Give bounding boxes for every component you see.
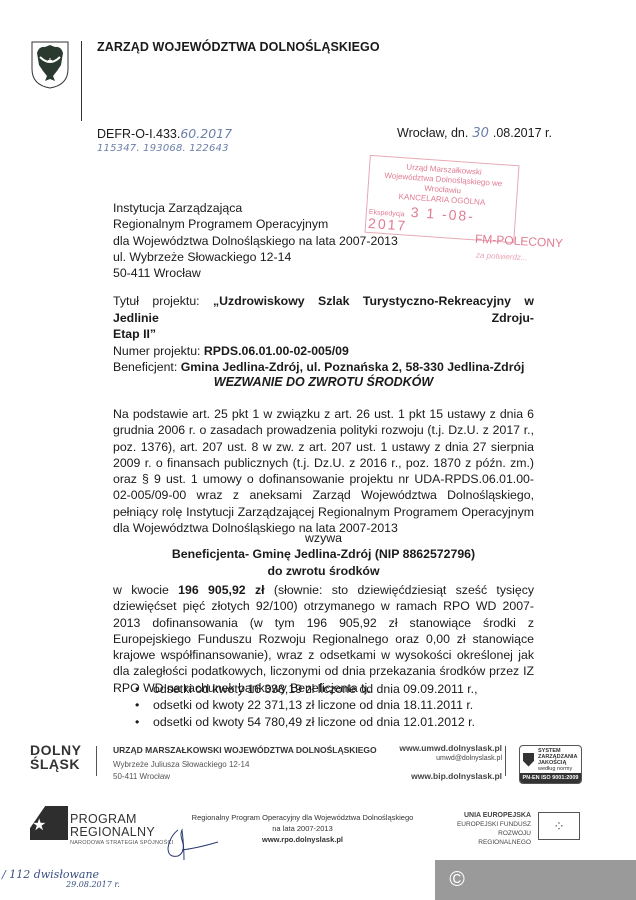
website-link[interactable]: www.umwd.dolnyslask.pl <box>392 743 502 753</box>
eu-fund: EUROPEJSKI FUNDUSZ <box>455 820 531 829</box>
email-link[interactable]: umwd@dolnyslask.pl <box>392 755 502 762</box>
footer-office-name: URZĄD MARSZAŁKOWSKI WOJEWÓDZTWA DOLNOŚLĄ… <box>113 745 377 755</box>
summons-verb: wzywa <box>113 530 534 546</box>
iso-text: ZARZĄDZANIA <box>538 754 577 760</box>
summons-block: wzywa Beneficjenta- Gminę Jedlina-Zdrój … <box>113 530 534 579</box>
project-number-row: Numer projektu: RPDS.06.01.00-02-005/09 <box>113 343 534 360</box>
eu-flag-icon: ⁘ <box>538 812 580 840</box>
address-line: Instytucja Zarządzająca <box>113 200 398 216</box>
reference-printed: DEFR-O-I.433. <box>97 127 180 141</box>
footer-divider <box>505 746 506 776</box>
address-line: dla Województwa Dolnośląskiego na lata 2… <box>113 233 398 249</box>
star-icon: ★ <box>32 815 46 835</box>
stamp-fm-polecony: FM-POLECONY <box>475 232 564 251</box>
eu-info: UNIA EUROPEJSKA EUROPEJSKI FUNDUSZ ROZWO… <box>455 811 531 847</box>
dolny-slask-logo: DOLNY ŚLĄSK <box>30 743 82 771</box>
watermark: © Walbrzyszek.com <box>435 860 636 900</box>
reference-handwritten: 60.2017 <box>180 126 232 141</box>
list-item: odsetki od kwoty 16 338,19 zł liczone od… <box>135 681 478 697</box>
recipient-address: Instytucja Zarządzająca Regionalnym Prog… <box>113 200 398 281</box>
iso-certification-badge: SYSTEM ZARZĄDZANIA JAKOŚCIĄ według normy… <box>519 745 582 784</box>
amount-value: 196 905,92 zł <box>178 583 264 597</box>
eu-fund: ROZWOJU REGIONALNEGO <box>455 829 531 847</box>
summons-purpose: do zwrotu środków <box>113 563 534 579</box>
date-rest: .08.2017 r. <box>493 126 552 140</box>
reference-number: DEFR-O-I.433.60.2017 <box>97 126 232 141</box>
silesian-eagle-crest-icon <box>31 41 69 89</box>
amount-prefix: w kwocie <box>113 583 178 597</box>
program-subtitle: NARODOWA STRATEGIA SPÓJNOŚCI <box>70 840 173 846</box>
list-item: odsetki od kwoty 54 780,49 zł liczone od… <box>135 714 478 730</box>
beneficiary-value: Gmina Jedlina-Zdrój, ul. Poznańska 2, 58… <box>181 360 525 374</box>
eagle-icon <box>523 753 534 767</box>
beneficiary-label: Beneficjent: <box>113 360 177 374</box>
eu-name: UNIA EUROPEJSKA <box>455 811 531 820</box>
footer-links: www.umwd.dolnyslask.pl umwd@dolnyslask.p… <box>392 743 502 781</box>
address-line: 50-411 Wrocław <box>113 265 398 281</box>
brand-line2: ŚLĄSK <box>30 757 82 771</box>
rpo-name: Regionalny Program Operacyjny dla Wojewó… <box>180 812 425 823</box>
footer-office-address: Wybrzeże Juliusza Słowackiego 12-14 50-4… <box>113 759 249 783</box>
document-heading: WEZWANIE DO ZWROTU ŚRODKÓW <box>113 375 534 389</box>
project-title-value-line2: Etap II” <box>113 327 156 341</box>
project-title-continuation: Etap II” <box>113 326 534 343</box>
project-number-value: RPDS.06.01.00-02-005/09 <box>204 344 349 358</box>
handwritten-note-date: 29.08.2017 r. <box>66 880 120 889</box>
project-number-label: Numer projektu: <box>113 344 200 358</box>
bip-link[interactable]: www.bip.dolnyslask.pl <box>392 771 502 781</box>
address-line: ul. Wybrzeże Słowackiego 12-14 <box>113 249 398 265</box>
footer-street: Wybrzeże Juliusza Słowackiego 12-14 <box>113 759 249 771</box>
summons-beneficiary: Beneficjenta- Gminę Jedlina-Zdrój (NIP 8… <box>113 546 534 562</box>
program-regionalny-title: PROGRAM REGIONALNY <box>70 813 155 839</box>
header-divider <box>81 41 82 121</box>
footer-divider <box>96 746 97 776</box>
date-line: Wrocław, dn.30.08.2017 r. <box>397 126 552 141</box>
beneficiary-row: Beneficjent: Gmina Jedlina-Zdrój, ul. Po… <box>113 359 534 376</box>
place-prefix: Wrocław, dn. <box>397 126 468 140</box>
stamp-confirmation: za potwierdz... <box>476 251 528 263</box>
project-title-row: Tytuł projektu: „Uzdrowiskowy Szlak Tury… <box>113 293 534 326</box>
amount-description: (słownie: sto dziewięćdziesiąt sześć tys… <box>113 583 534 695</box>
reference-handwritten-numbers: 115347. 193068. 122643 <box>97 143 229 154</box>
iso-text: według normy <box>538 766 577 772</box>
amount-paragraph: w kwocie 196 905,92 zł (słownie: sto dzi… <box>113 582 534 696</box>
footer-city: 50-411 Wrocław <box>113 771 249 783</box>
organization-title: ZARZĄD WOJEWÓDZTWA DOLNOŚLĄSKIEGO <box>97 40 380 54</box>
address-line: Regionalnym Programem Operacyjnym <box>113 216 398 232</box>
date-day-handwritten: 30 <box>468 126 493 141</box>
project-info: Tytuł projektu: „Uzdrowiskowy Szlak Tury… <box>113 293 534 376</box>
interest-list: odsetki od kwoty 16 338,19 zł liczone od… <box>135 681 478 730</box>
program-line2: REGIONALNY <box>70 826 155 839</box>
iso-norm: PN-EN ISO 9001:2009 <box>520 773 581 784</box>
brand-line1: DOLNY <box>30 743 82 757</box>
project-title-label: Tytuł projektu: <box>113 294 200 308</box>
legal-basis-paragraph: Na podstawie art. 25 pkt 1 w związku z a… <box>113 406 534 536</box>
signature-icon <box>160 826 220 864</box>
list-item: odsetki od kwoty 22 371,13 zł liczone od… <box>135 697 478 713</box>
